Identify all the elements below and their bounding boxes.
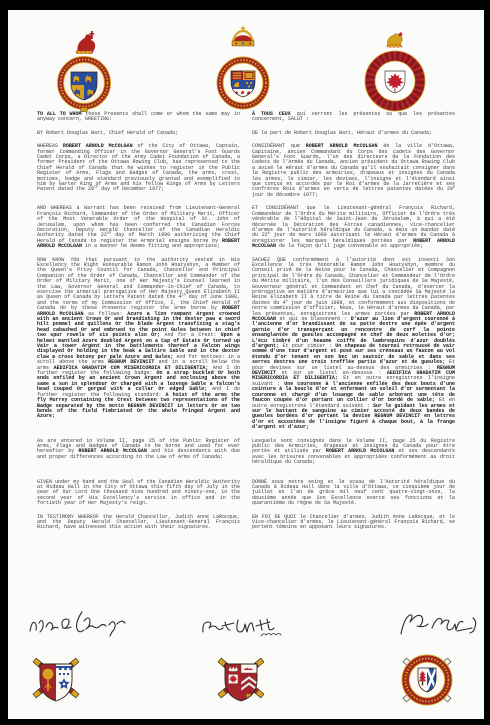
paragraph-english-8: IN TESTIMONY WHEREOF the Herald Chancell…	[37, 515, 240, 531]
paragraph-english-3: WHEREAS ROBERT ARNOLD McCOLGAN of the Ci…	[37, 144, 240, 193]
paragraph-french-5: SACHEZ QUE conformément à l'autorité don…	[252, 258, 455, 431]
paragraph-french-4: ET CONSIDÉRANT que le Lieutenant-général…	[252, 206, 455, 249]
richard-badge-crossed-batons-icon	[392, 640, 462, 714]
larocque-arms-crossed-batons-icon	[24, 636, 88, 714]
crowned-royal-arms-badge-icon	[214, 26, 272, 114]
paragraph-english-4: AND WHEREAS a Warrant has been received …	[37, 206, 240, 249]
lion-crest-garter-badge-icon	[54, 30, 114, 114]
paragraph-french-2: DE la part de Robert Douglas Watt, Hérau…	[252, 131, 455, 136]
maple-leaf-wreath-badge-icon	[364, 30, 426, 114]
paragraph-english-2: BY Robert Douglas Watt, Chief Herald of …	[37, 131, 240, 136]
watt-arms-crossed-batons-icon	[208, 636, 274, 714]
page-frame: TO ALL TO WHOM these Presents shall come…	[0, 0, 490, 725]
paragraph-english-7: GIVEN under my hand and the Seal of the …	[37, 480, 240, 507]
paragraph-french-8: EN FOI DE QUOI le Chancelier d'armes, Ju…	[252, 515, 455, 531]
paragraph-french-3: CONSIDÉRANT que ROBERT ARNOLD McCOLGAN d…	[252, 144, 455, 198]
paragraph-french-6: Lesquels sont consignés dans le Volume I…	[252, 439, 455, 466]
paragraph-french-1: À TOUS CEUX qui verront les présentes ou…	[252, 112, 455, 123]
paragraph-english-5: NOW KNOW YOU that pursuant to the author…	[37, 258, 240, 420]
paragraph-english-6: As are entered in Volume II, page 25 of …	[37, 439, 240, 461]
paragraph-french-7: DONNÉ sous notre seing et le sceau de l'…	[252, 480, 455, 507]
paragraph-english-1: TO ALL TO WHOM these Presents shall come…	[37, 112, 240, 123]
bilingual-text-grid: TO ALL TO WHOM these Presents shall come…	[37, 112, 455, 539]
